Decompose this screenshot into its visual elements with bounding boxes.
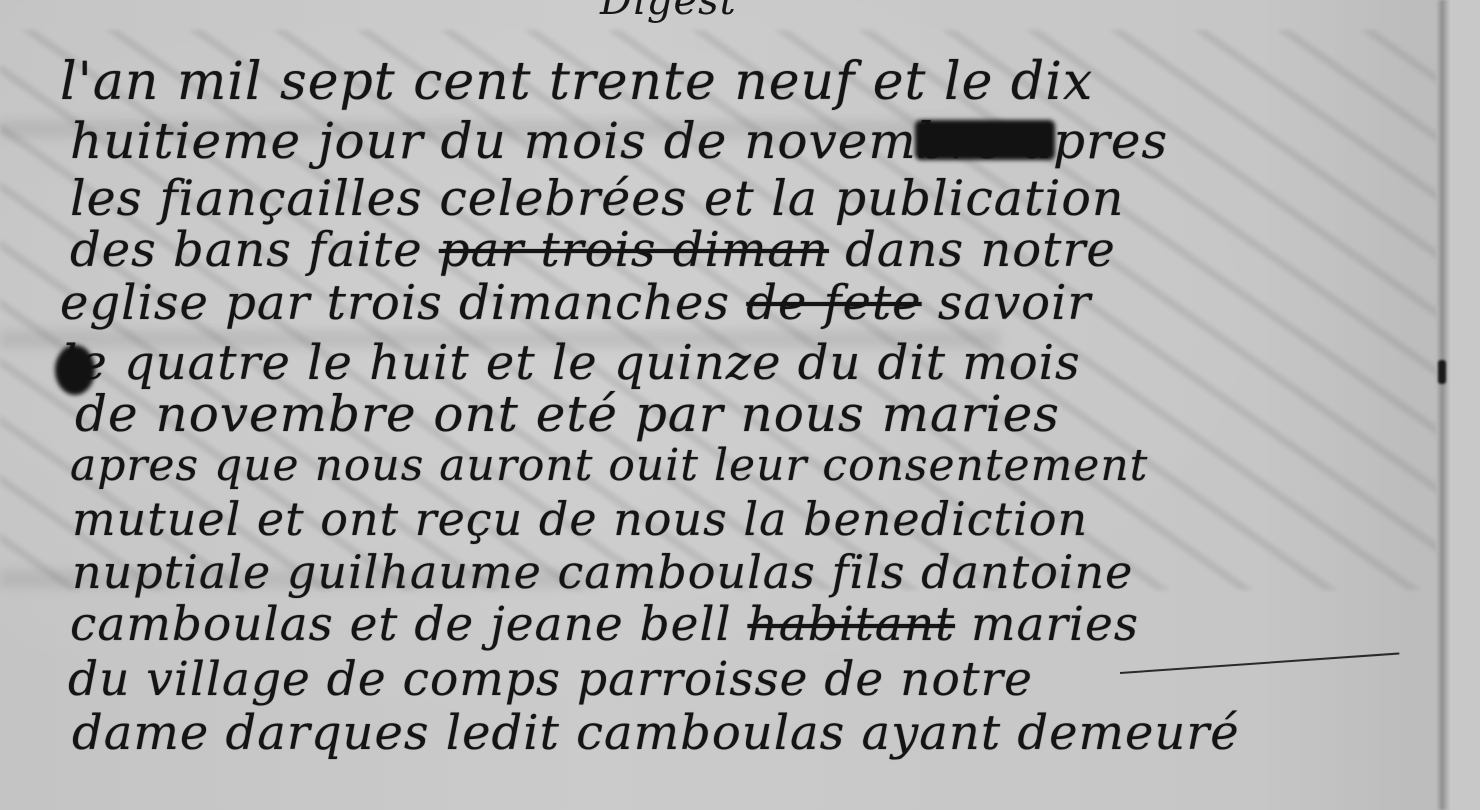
manuscript-line-4: des bans faite par trois diman dans notr…	[70, 222, 1116, 278]
manuscript-line-11: camboulas et de jeane bell habitant mari…	[70, 597, 1139, 652]
header-remnant: Digest	[600, 0, 737, 24]
line-text-after: dans notre	[845, 222, 1116, 278]
line-text: les fiançailles celebrées et la publicat…	[70, 170, 1124, 227]
manuscript-line-8: apres que nous auront ouit leur consente…	[70, 440, 1148, 491]
struck-text: de fete	[746, 275, 921, 331]
manuscript-line-12: du village de comps parroisse de notre	[68, 652, 1033, 707]
line-text: apres que nous auront ouit leur consente…	[70, 440, 1148, 491]
line-text: dame darques ledit camboulas ayant demeu…	[72, 705, 1240, 761]
manuscript-line-10: nuptiale guilhaume camboulas fils dantoi…	[72, 545, 1133, 599]
manuscript-line-3: les fiançailles celebrées et la publicat…	[70, 170, 1124, 227]
line-text: du village de comps parroisse de notre	[68, 652, 1033, 707]
line-text: de novembre ont eté par nous maries	[75, 385, 1060, 443]
line-text: camboulas et de jeane bell	[70, 597, 732, 652]
manuscript-line-1: l'an mil sept cent trente neuf et le dix	[60, 52, 1093, 112]
line-text: des bans faite	[70, 222, 423, 278]
ink-blot	[915, 120, 1055, 160]
manuscript-line-9: mutuel et ont reçu de nous la benedictio…	[72, 492, 1088, 546]
manuscript-page: Digest l'an mil sept cent trente neuf et…	[0, 0, 1480, 810]
line-text: l'an mil sept cent trente neuf et le dix	[60, 52, 1093, 112]
line-text: le quatre le huit et le quinze du dit mo…	[62, 335, 1081, 391]
line-text: eglise par trois dimanches	[60, 275, 730, 331]
line-text-after: savoir	[938, 275, 1092, 331]
line-text-after: maries	[971, 597, 1139, 652]
struck-text: par trois diman	[439, 222, 829, 278]
page-binding-edge	[1436, 0, 1450, 810]
line-text: mutuel et ont reçu de nous la benedictio…	[72, 492, 1088, 546]
manuscript-line-7: de novembre ont eté par nous maries	[75, 385, 1060, 443]
page-margin	[1450, 0, 1480, 810]
manuscript-line-13: dame darques ledit camboulas ayant demeu…	[72, 705, 1240, 761]
margin-ink-mark	[1438, 360, 1446, 384]
manuscript-line-6: le quatre le huit et le quinze du dit mo…	[62, 335, 1081, 391]
manuscript-line-5: eglise par trois dimanches de fete savoi…	[60, 275, 1091, 331]
line-filler-stroke	[1120, 652, 1399, 674]
line-text: nuptiale guilhaume camboulas fils dantoi…	[72, 545, 1133, 599]
struck-text: habitant	[748, 597, 955, 652]
